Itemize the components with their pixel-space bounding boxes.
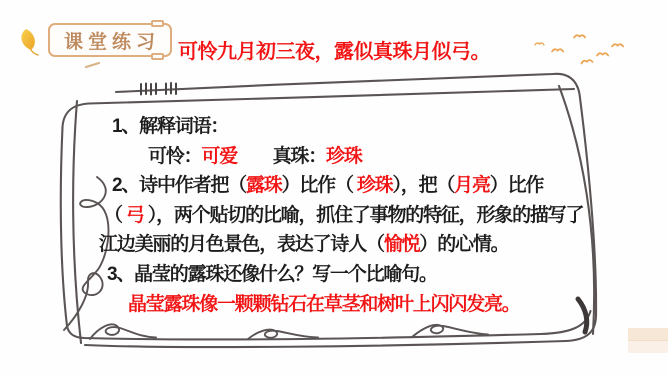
text-segment: 愉悦 (384, 234, 420, 255)
text-segment: 江边美丽的月色景色，表达了诗人（ (99, 234, 384, 255)
slide: 课堂练习 可怜九月初三夜，露似真珠月似弓。 1、解释词语：可怜：可爱 真珠：珍珠… (0, 0, 668, 376)
practice-line: 3、晶莹的露珠还像什么？写一个比喻句。 (99, 260, 644, 290)
text-segment: 露珠 (246, 175, 282, 196)
bottom-curls-decoration (90, 324, 488, 339)
text-segment: ），两个贴切的比喻，抓住了事物的特征，形象的描写了 (144, 205, 584, 226)
practice-line: 1、解释词语： (99, 112, 644, 142)
practice-line: （ 弓 ），两个贴切的比喻，抓住了事物的特征，形象的描写了 (99, 201, 644, 231)
text-segment: （ (104, 205, 126, 226)
text-segment: 珍珠 (326, 146, 362, 167)
text-segment: 1、解释词语： (112, 116, 228, 137)
text-segment: 可怜： (148, 146, 201, 167)
text-segment: 2、诗中作者把（ (112, 175, 246, 196)
text-segment: 3、晶莹的露珠还像什么？写一个比喻句。 (107, 264, 437, 285)
poem-title: 可怜九月初三夜，露似真珠月似弓。 (0, 35, 668, 64)
practice-line: 2、诗中作者把（露珠）比作（ 珍珠），把（月亮）比作 (99, 171, 644, 201)
text-segment: 月亮 (454, 175, 490, 196)
practice-line: 可怜：可爱 真珠：珍珠 (99, 142, 644, 172)
text-segment: 弓 (126, 205, 144, 226)
practice-questions: 1、解释词语：可怜：可爱 真珠：珍珠2、诗中作者把（露珠）比作（ 珍珠），把（月… (99, 112, 644, 319)
text-segment: ）比作 (490, 175, 543, 196)
practice-line: 江边美丽的月色景色，表达了诗人（愉悦）的心情。 (99, 230, 644, 260)
text-segment: 可爱 (201, 146, 237, 167)
text-segment: ）比作（ (282, 175, 357, 196)
edge-artwork-sliver (628, 328, 668, 353)
text-segment: ），把（ (392, 175, 454, 196)
text-segment: 珍珠 (357, 175, 393, 196)
stitch-marks-decoration (141, 83, 176, 95)
sliver-strip (628, 341, 668, 353)
text-segment: 真珠： (237, 146, 326, 167)
text-segment: 晶莹露珠像一颗颗钻石在草茎和树叶上闪闪发亮。 (128, 294, 520, 315)
text-segment: ）的心情。 (419, 234, 508, 255)
practice-line: 晶莹露珠像一颗颗钻石在草茎和树叶上闪闪发亮。 (99, 290, 644, 320)
sliver-strip (628, 328, 668, 340)
